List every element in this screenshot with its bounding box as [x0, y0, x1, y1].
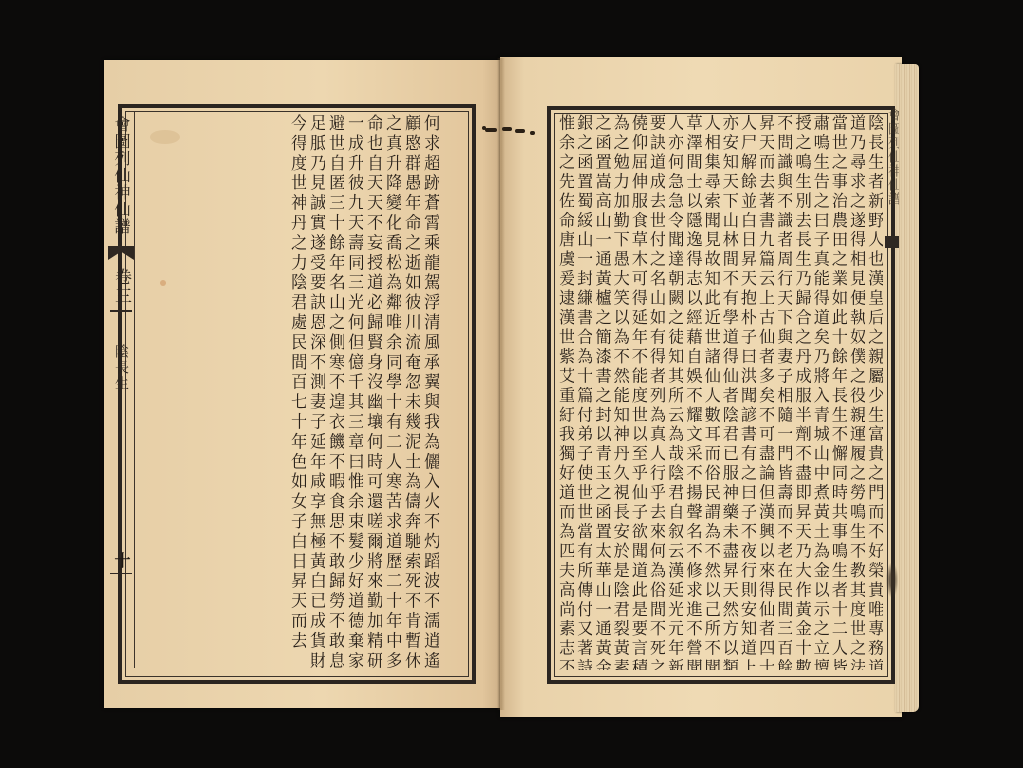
fishtail-mark-icon	[885, 236, 899, 248]
text-column: 陰長生者新野人也漢皇后之親屬少生富貴之門而不好榮貴唯專務道術聞馬鳴生得度世之	[865, 114, 883, 670]
text-column: 命也自天天不妄授道必歸賢身沒幽壤何時可還嗟爾將來勤加精研勿為流俗富貴所牽神道	[363, 114, 382, 670]
text-column: 足胝乃見誠實遂受要訣恩深不測妻子延年咸享無極黃白已成貨財千億使役鬼神玉女侍側	[306, 114, 325, 670]
text-column: 為之勉力加勤下愚大笑以為不然能知神丹久視長安於是陰君裂黃素寫丹經一通封一文石	[611, 114, 629, 670]
book-spread: 會圖列仙神仙譜 卷三 陰長生 十 何求超跡蒼霄乘龍駕浮清風承翼與我為儷入火不灼蹈…	[0, 0, 1023, 768]
fishtail-mark-icon	[108, 246, 134, 260]
text-column: 肅鳴生告之曰子真能得道矣乃將入青城山中煮黃土為金以示之立壇西面乃以太清神丹經	[811, 114, 829, 670]
text-column: 人尸解餘並白日昇天抱朴子曰洪聞諺書有之曰子不夜行則安知道上有夜行人今不得仙者	[738, 114, 756, 670]
text-column: 不問識與不識者周行天下與妻子相隨一門皆壽而不老在民間三百餘年後於平都山東白日	[774, 114, 792, 670]
text-column: 昇天而去著書九篇云上古仙者多矣不可盡論但漢興以來得仙者四十五人連余為六矣二十	[756, 114, 774, 670]
text-column: 亦安知天下山林間不有學道得仙者陰君已服神藥未盡昇天然方以類聚同聲相應便自與仙	[720, 114, 738, 670]
binding-hole	[515, 129, 525, 133]
volume-label: 卷三	[108, 268, 134, 306]
binding-hole	[502, 127, 512, 131]
text-column: 草澤間士以隱逸得志以經藉自娛不耀文采不揚聲名不修求進不營聞達人猶不能識之況仙	[683, 114, 701, 670]
text-column: 人相集尋索聞見故知此近世諸仙人數耳而俗民謂為不然以己所不聞則謂無有不亦悲哉夫	[702, 114, 720, 670]
text-column: 銀之函置蜀綏山一封縑書合為十篇付弟子使世世當有所傳付又著詩三篇以示將來其一曰	[574, 114, 592, 670]
divider	[110, 573, 132, 574]
left-page-text: 何求超跡蒼霄乘龍駕浮清風承翼與我為儷入火不灼蹈波不濡逍遙太極何慮何憂傲戲仙都 顧…	[287, 114, 439, 670]
right-page-margin-strip: 會圖列仙神仙譜	[885, 108, 899, 674]
text-column: 授之鳴生別去長生乃歸合之丹成服半劑不盡即昇天乃大作黃金十數萬斤以布惠天下貧乏	[792, 114, 810, 670]
text-column: 今得度世神丹之力陰君處民間百七十年色如女子白日昇天而去	[287, 114, 306, 670]
binding-gutter	[497, 58, 505, 710]
text-column: 顧愍群愚年命之逝如彼川流奄忽未幾泥土為儔奔馳索死不肯暫休其二章曰余之聖師體道	[401, 114, 420, 670]
binding-hole	[530, 131, 535, 135]
text-column: 避世自匿三十餘年名山之側寒不遑衣饑不暇食思不敢歸勞不敢息奉事聖師承歡悅色面垢	[325, 114, 344, 670]
text-column: 僥仰屈伸服食草木可得延年不能度世以至乎仙子欲聞道此是要言積學所致無為合神上士	[629, 114, 647, 670]
text-column: 當世之事治農田之業如此十餘年長生不懈同時共事鳴生者十二人皆悉歸去唯長生執禮彌	[829, 114, 847, 670]
left-page-margin-strip: 會圖列仙神仙譜 卷三 陰長生 十	[108, 112, 135, 668]
ink-smudge	[886, 563, 898, 597]
text-column: 何求超跡蒼霄乘龍駕浮清風承翼與我為儷入火不灼蹈波不濡逍遙太極何慮何憂傲戲仙都	[420, 114, 439, 670]
page-number: 十	[108, 552, 134, 568]
right-page-text: 陰長生者新野人也漢皇后之親屬少生富貴之門而不好榮貴唯專務道術聞馬鳴生得度世之 道…	[556, 114, 883, 670]
text-column: 之真升降變化喬松為鄰唯余同學十有二人寒苦求道歷二十年中多怠墮志行不堅痛乎諸子	[382, 114, 401, 670]
text-column: 惟余之先佐命唐虞爰逮漢世紫艾重紆我獨好道而為匹夫高尚素志不仕王侯貪生得生亦又	[556, 114, 574, 670]
text-column: 要訣道成去世付之名山如有得者列為真人行乎去來何為俗間不死之要道在神丹行氣導引	[647, 114, 665, 670]
text-column: 道乃尋求之遂得相見便執奴僕之役親運履之勞鳴生不教其度世之法但日夕別與之高談論	[847, 114, 865, 670]
binding-hole	[485, 128, 497, 132]
text-column: 一成升彼九天壽同三光何但億千其三章曰惟余束髮少好道德棄家隨師東西南北委放五濁	[344, 114, 363, 670]
book-title: 會圖列仙神仙譜	[108, 116, 134, 235]
text-column: 人亦何急急令聞達朝闕之徒知其所云為哉陰君自叙云漢延光元年新野山北子受仙君神丹	[665, 114, 683, 670]
divider	[110, 310, 132, 312]
chapter-label: 陰長生	[108, 344, 134, 392]
text-column: 之函置嵩高山一通黃櫨之簡漆書之封以青玉之函置太華山一通黃金之簡刻而書之封以白	[592, 114, 610, 670]
book-title: 會圖列仙神仙譜	[885, 108, 899, 206]
